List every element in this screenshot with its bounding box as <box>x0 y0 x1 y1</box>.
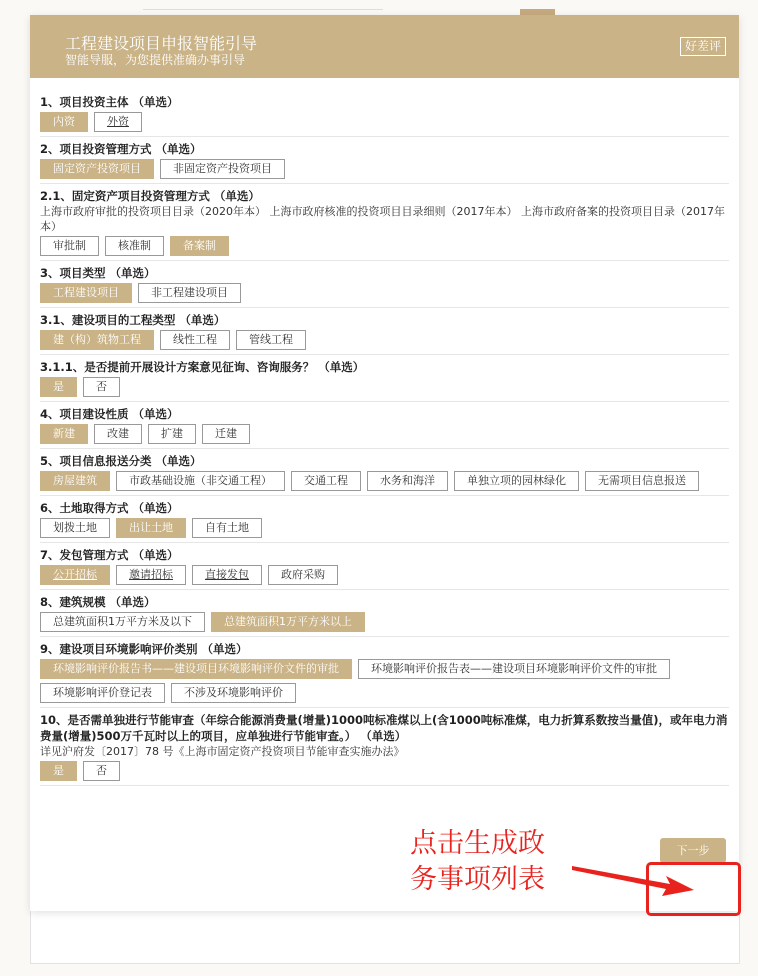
question-title: 7、发包管理方式 （单选） <box>40 547 729 563</box>
option-button[interactable]: 无需项目信息报送 <box>585 471 699 491</box>
question-title: 5、项目信息报送分类 （单选） <box>40 453 729 469</box>
option-group: 是否 <box>40 377 729 397</box>
option-button[interactable]: 固定资产投资项目 <box>40 159 154 179</box>
question-title: 3、项目类型 （单选） <box>40 265 729 281</box>
question-block: 3.1.1、是否提前开展设计方案意见征询、咨询服务？ （单选）是否 <box>40 355 729 402</box>
option-group: 房屋建筑市政基础设施（非交通工程）交通工程水务和海洋单独立项的园林绿化无需项目信… <box>40 471 729 491</box>
guide-modal: 工程建设项目申报智能引导 智能导服，为您提供准确办事引导 好差评 1、项目投资主… <box>30 15 739 911</box>
option-button[interactable]: 水务和海洋 <box>367 471 448 491</box>
question-title: 1、项目投资主体 （单选） <box>40 94 729 110</box>
option-button[interactable]: 工程建设项目 <box>40 283 132 303</box>
option-group: 内资外资 <box>40 112 729 132</box>
question-title: 9、建设项目环境影响评价类别 （单选） <box>40 641 729 657</box>
option-button[interactable]: 线性工程 <box>160 330 230 350</box>
option-button[interactable]: 否 <box>83 761 120 781</box>
option-button[interactable]: 内资 <box>40 112 88 132</box>
question-title: 3.1.1、是否提前开展设计方案意见征询、咨询服务？ （单选） <box>40 359 729 375</box>
annotation-text: 点击生成政 务事项列表 <box>410 826 545 898</box>
question-title: 4、项目建设性质 （单选） <box>40 406 729 422</box>
option-group: 工程建设项目非工程建设项目 <box>40 283 729 303</box>
option-button[interactable]: 单独立项的园林绿化 <box>454 471 579 491</box>
question-block: 1、项目投资主体 （单选）内资外资 <box>40 90 729 137</box>
question-block: 9、建设项目环境影响评价类别 （单选）环境影响评价报告书——建设项目环境影响评价… <box>40 637 729 708</box>
question-block: 8、建筑规模 （单选）总建筑面积1万平方米及以下总建筑面积1万平方米以上 <box>40 590 729 637</box>
option-button[interactable]: 自有土地 <box>192 518 262 538</box>
option-button[interactable]: 是 <box>40 761 77 781</box>
option-group: 固定资产投资项目非固定资产投资项目 <box>40 159 729 179</box>
option-button[interactable]: 总建筑面积1万平方米以上 <box>211 612 365 632</box>
option-group: 建（构）筑物工程线性工程管线工程 <box>40 330 729 350</box>
option-button[interactable]: 新建 <box>40 424 88 444</box>
option-button[interactable]: 非工程建设项目 <box>138 283 241 303</box>
modal-header: 工程建设项目申报智能引导 智能导服，为您提供准确办事引导 好差评 <box>30 15 739 78</box>
option-button[interactable]: 环境影响评价报告表——建设项目环境影响评价文件的审批 <box>358 659 670 679</box>
background-panel <box>30 910 740 964</box>
question-block: 3.1、建设项目的工程类型 （单选）建（构）筑物工程线性工程管线工程 <box>40 308 729 355</box>
option-button[interactable]: 公开招标 <box>40 565 110 585</box>
option-button[interactable]: 外资 <box>94 112 142 132</box>
option-button[interactable]: 管线工程 <box>236 330 306 350</box>
option-button[interactable]: 备案制 <box>170 236 229 256</box>
option-button[interactable]: 建（构）筑物工程 <box>40 330 154 350</box>
question-description: 上海市政府审批的投资项目目录（2020年本） 上海市政府核准的投资项目目录细则（… <box>40 204 729 234</box>
annotation-line-1: 点击生成政 <box>410 826 545 862</box>
option-button[interactable]: 市政基础设施（非交通工程） <box>116 471 285 491</box>
option-button[interactable]: 划拨土地 <box>40 518 110 538</box>
option-button[interactable]: 审批制 <box>40 236 99 256</box>
option-button[interactable]: 不涉及环境影响评价 <box>171 683 296 703</box>
question-title: 8、建筑规模 （单选） <box>40 594 729 610</box>
option-button[interactable]: 核准制 <box>105 236 164 256</box>
question-title: 6、土地取得方式 （单选） <box>40 500 729 516</box>
option-button[interactable]: 出让土地 <box>116 518 186 538</box>
option-group: 新建改建扩建迁建 <box>40 424 729 444</box>
option-button[interactable]: 迁建 <box>202 424 250 444</box>
option-button[interactable]: 邀请招标 <box>116 565 186 585</box>
question-title: 3.1、建设项目的工程类型 （单选） <box>40 312 729 328</box>
option-button[interactable]: 环境影响评价登记表 <box>40 683 165 703</box>
question-block: 2.1、固定资产项目投资管理方式 （单选）上海市政府审批的投资项目目录（2020… <box>40 184 729 261</box>
question-list: 1、项目投资主体 （单选）内资外资2、项目投资管理方式 （单选）固定资产投资项目… <box>30 78 739 786</box>
rating-button[interactable]: 好差评 <box>680 37 726 56</box>
option-group: 划拨土地出让土地自有土地 <box>40 518 729 538</box>
question-title: 2、项目投资管理方式 （单选） <box>40 141 729 157</box>
annotation-highlight-box <box>646 862 741 916</box>
option-group: 是否 <box>40 761 729 781</box>
question-title: 10、是否需单独进行节能审查（年综合能源消费量(增量)1000吨标准煤以上(含1… <box>40 712 729 744</box>
question-block: 3、项目类型 （单选）工程建设项目非工程建设项目 <box>40 261 729 308</box>
option-group: 总建筑面积1万平方米及以下总建筑面积1万平方米以上 <box>40 612 729 632</box>
question-block: 4、项目建设性质 （单选）新建改建扩建迁建 <box>40 402 729 449</box>
question-block: 5、项目信息报送分类 （单选）房屋建筑市政基础设施（非交通工程）交通工程水务和海… <box>40 449 729 496</box>
option-button[interactable]: 非固定资产投资项目 <box>160 159 285 179</box>
question-block: 10、是否需单独进行节能审查（年综合能源消费量(增量)1000吨标准煤以上(含1… <box>40 708 729 786</box>
option-group: 公开招标邀请招标直接发包政府采购 <box>40 565 729 585</box>
modal-footer: 下一步 <box>30 786 739 874</box>
option-button[interactable]: 改建 <box>94 424 142 444</box>
option-button[interactable]: 政府采购 <box>268 565 338 585</box>
option-button[interactable]: 否 <box>83 377 120 397</box>
next-step-button[interactable]: 下一步 <box>660 838 726 863</box>
option-button[interactable]: 扩建 <box>148 424 196 444</box>
question-block: 7、发包管理方式 （单选）公开招标邀请招标直接发包政府采购 <box>40 543 729 590</box>
option-button[interactable]: 交通工程 <box>291 471 361 491</box>
option-button[interactable]: 总建筑面积1万平方米及以下 <box>40 612 205 632</box>
option-button[interactable]: 房屋建筑 <box>40 471 110 491</box>
question-title: 2.1、固定资产项目投资管理方式 （单选） <box>40 188 729 204</box>
option-button[interactable]: 是 <box>40 377 77 397</box>
question-block: 6、土地取得方式 （单选）划拨土地出让土地自有土地 <box>40 496 729 543</box>
option-group: 审批制核准制备案制 <box>40 236 729 256</box>
option-button[interactable]: 环境影响评价报告书——建设项目环境影响评价文件的审批 <box>40 659 352 679</box>
option-button[interactable]: 直接发包 <box>192 565 262 585</box>
annotation-line-2: 务事项列表 <box>410 862 545 898</box>
option-group: 环境影响评价报告书——建设项目环境影响评价文件的审批环境影响评价报告表——建设项… <box>40 659 729 703</box>
question-block: 2、项目投资管理方式 （单选）固定资产投资项目非固定资产投资项目 <box>40 137 729 184</box>
question-description: 详见沪府发〔2017〕78 号《上海市固定资产投资项目节能审查实施办法》 <box>40 744 729 759</box>
modal-subtitle: 智能导服，为您提供准确办事引导 <box>65 51 245 68</box>
